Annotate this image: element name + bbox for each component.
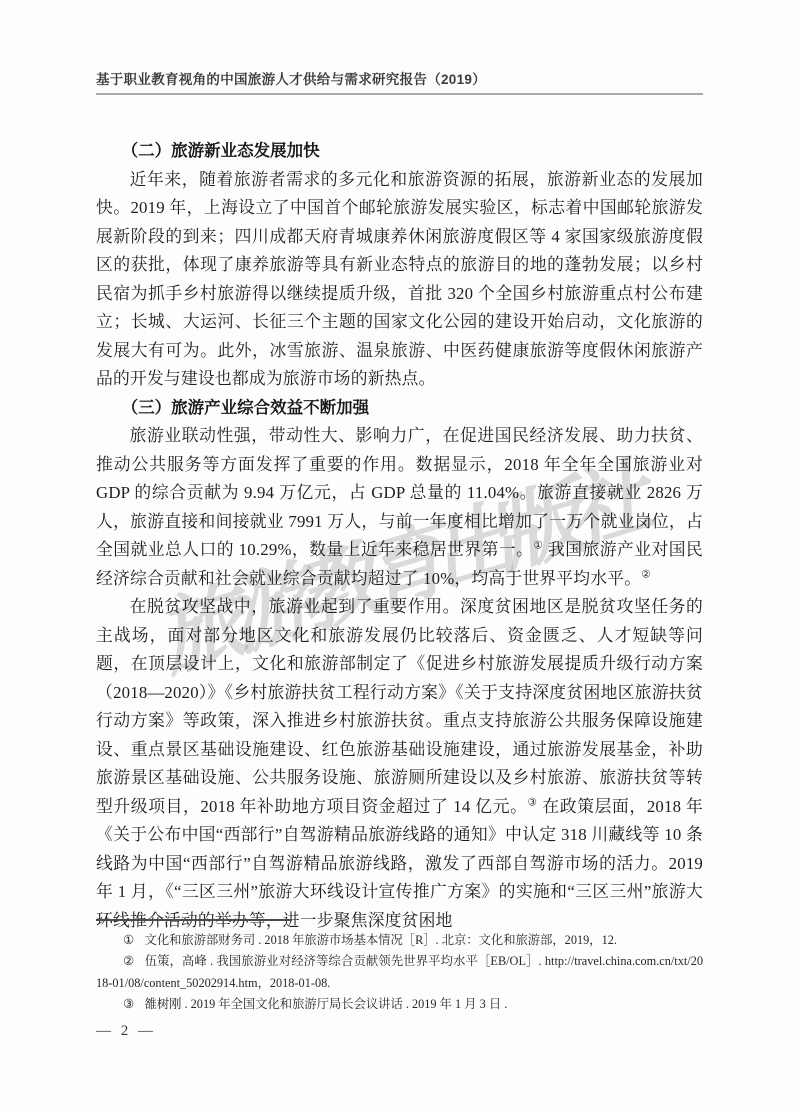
footnote-marker: ③ — [123, 997, 134, 1011]
running-header-title: 基于职业教育视角的中国旅游人才供给与需求研究报告（2019） — [96, 0, 703, 88]
section: （三）旅游产业综合效益不断加强 旅游业联动性强，带动性大、影响力广，在促进国民经… — [96, 394, 703, 936]
body-paragraph: 在脱贫攻坚战中，旅游业起到了重要作用。深度贫困地区是脱贫攻坚任务的主战场，面对部… — [96, 593, 703, 935]
section-paragraphs: 旅游业联动性强，带动性大、影响力广，在促进国民经济发展、助力扶贫、推动公共服务等… — [96, 422, 703, 935]
footnote-marker: ① — [123, 933, 134, 947]
header-rule — [96, 93, 703, 95]
body-paragraph: 近年来，随着旅游者需求的多元化和旅游资源的拓展，旅游新业态的发展加快。2019 … — [96, 166, 703, 394]
footnote-item: ②伍策，高峰 . 我国旅游业对经济等综合贡献领先世界平均水平［EB/OL］. h… — [96, 951, 703, 994]
footnote-text: 文化和旅游部财务司 . 2018 年旅游市场基本情况［R］. 北京：文化和旅游部… — [145, 933, 617, 947]
section-heading: （二）旅游新业态发展加快 — [96, 137, 703, 166]
footnote-item: ①文化和旅游部财务司 . 2018 年旅游市场基本情况［R］. 北京：文化和旅游… — [96, 930, 703, 952]
footnote-list: ①文化和旅游部财务司 . 2018 年旅游市场基本情况［R］. 北京：文化和旅游… — [96, 930, 703, 1016]
footnotes-block: ①文化和旅游部财务司 . 2018 年旅游市场基本情况［R］. 北京：文化和旅游… — [96, 919, 703, 1016]
page-number: — 2 — — [96, 1023, 156, 1040]
document-page: 旅游教育出版社 基于职业教育视角的中国旅游人才供给与需求研究报告（2019） （… — [0, 0, 800, 1114]
footnote-text: 雒树刚 . 2019 年全国文化和旅游厅局长会议讲话 . 2019 年 1 月 … — [145, 997, 508, 1011]
body-paragraph: 旅游业联动性强，带动性大、影响力广，在促进国民经济发展、助力扶贫、推动公共服务等… — [96, 422, 703, 593]
footnote-item: ③雒树刚 . 2019 年全国文化和旅游厅局长会议讲话 . 2019 年 1 月… — [96, 994, 703, 1016]
section-paragraphs: 近年来，随着旅游者需求的多元化和旅游资源的拓展，旅游新业态的发展加快。2019 … — [96, 166, 703, 394]
footnote-text: 伍策，高峰 . 我国旅游业对经济等综合贡献领先世界平均水平［EB/OL］. ht… — [96, 954, 703, 990]
footnote-marker: ② — [123, 954, 134, 968]
sections: （二）旅游新业态发展加快 近年来，随着旅游者需求的多元化和旅游资源的拓展，旅游新… — [96, 137, 703, 935]
footnote-reference: ① — [533, 540, 543, 551]
footnote-reference: ③ — [528, 797, 538, 808]
footnote-separator — [96, 919, 292, 921]
section: （二）旅游新业态发展加快 近年来，随着旅游者需求的多元化和旅游资源的拓展，旅游新… — [96, 137, 703, 394]
section-heading: （三）旅游产业综合效益不断加强 — [96, 394, 703, 423]
footnote-reference: ② — [641, 569, 651, 580]
